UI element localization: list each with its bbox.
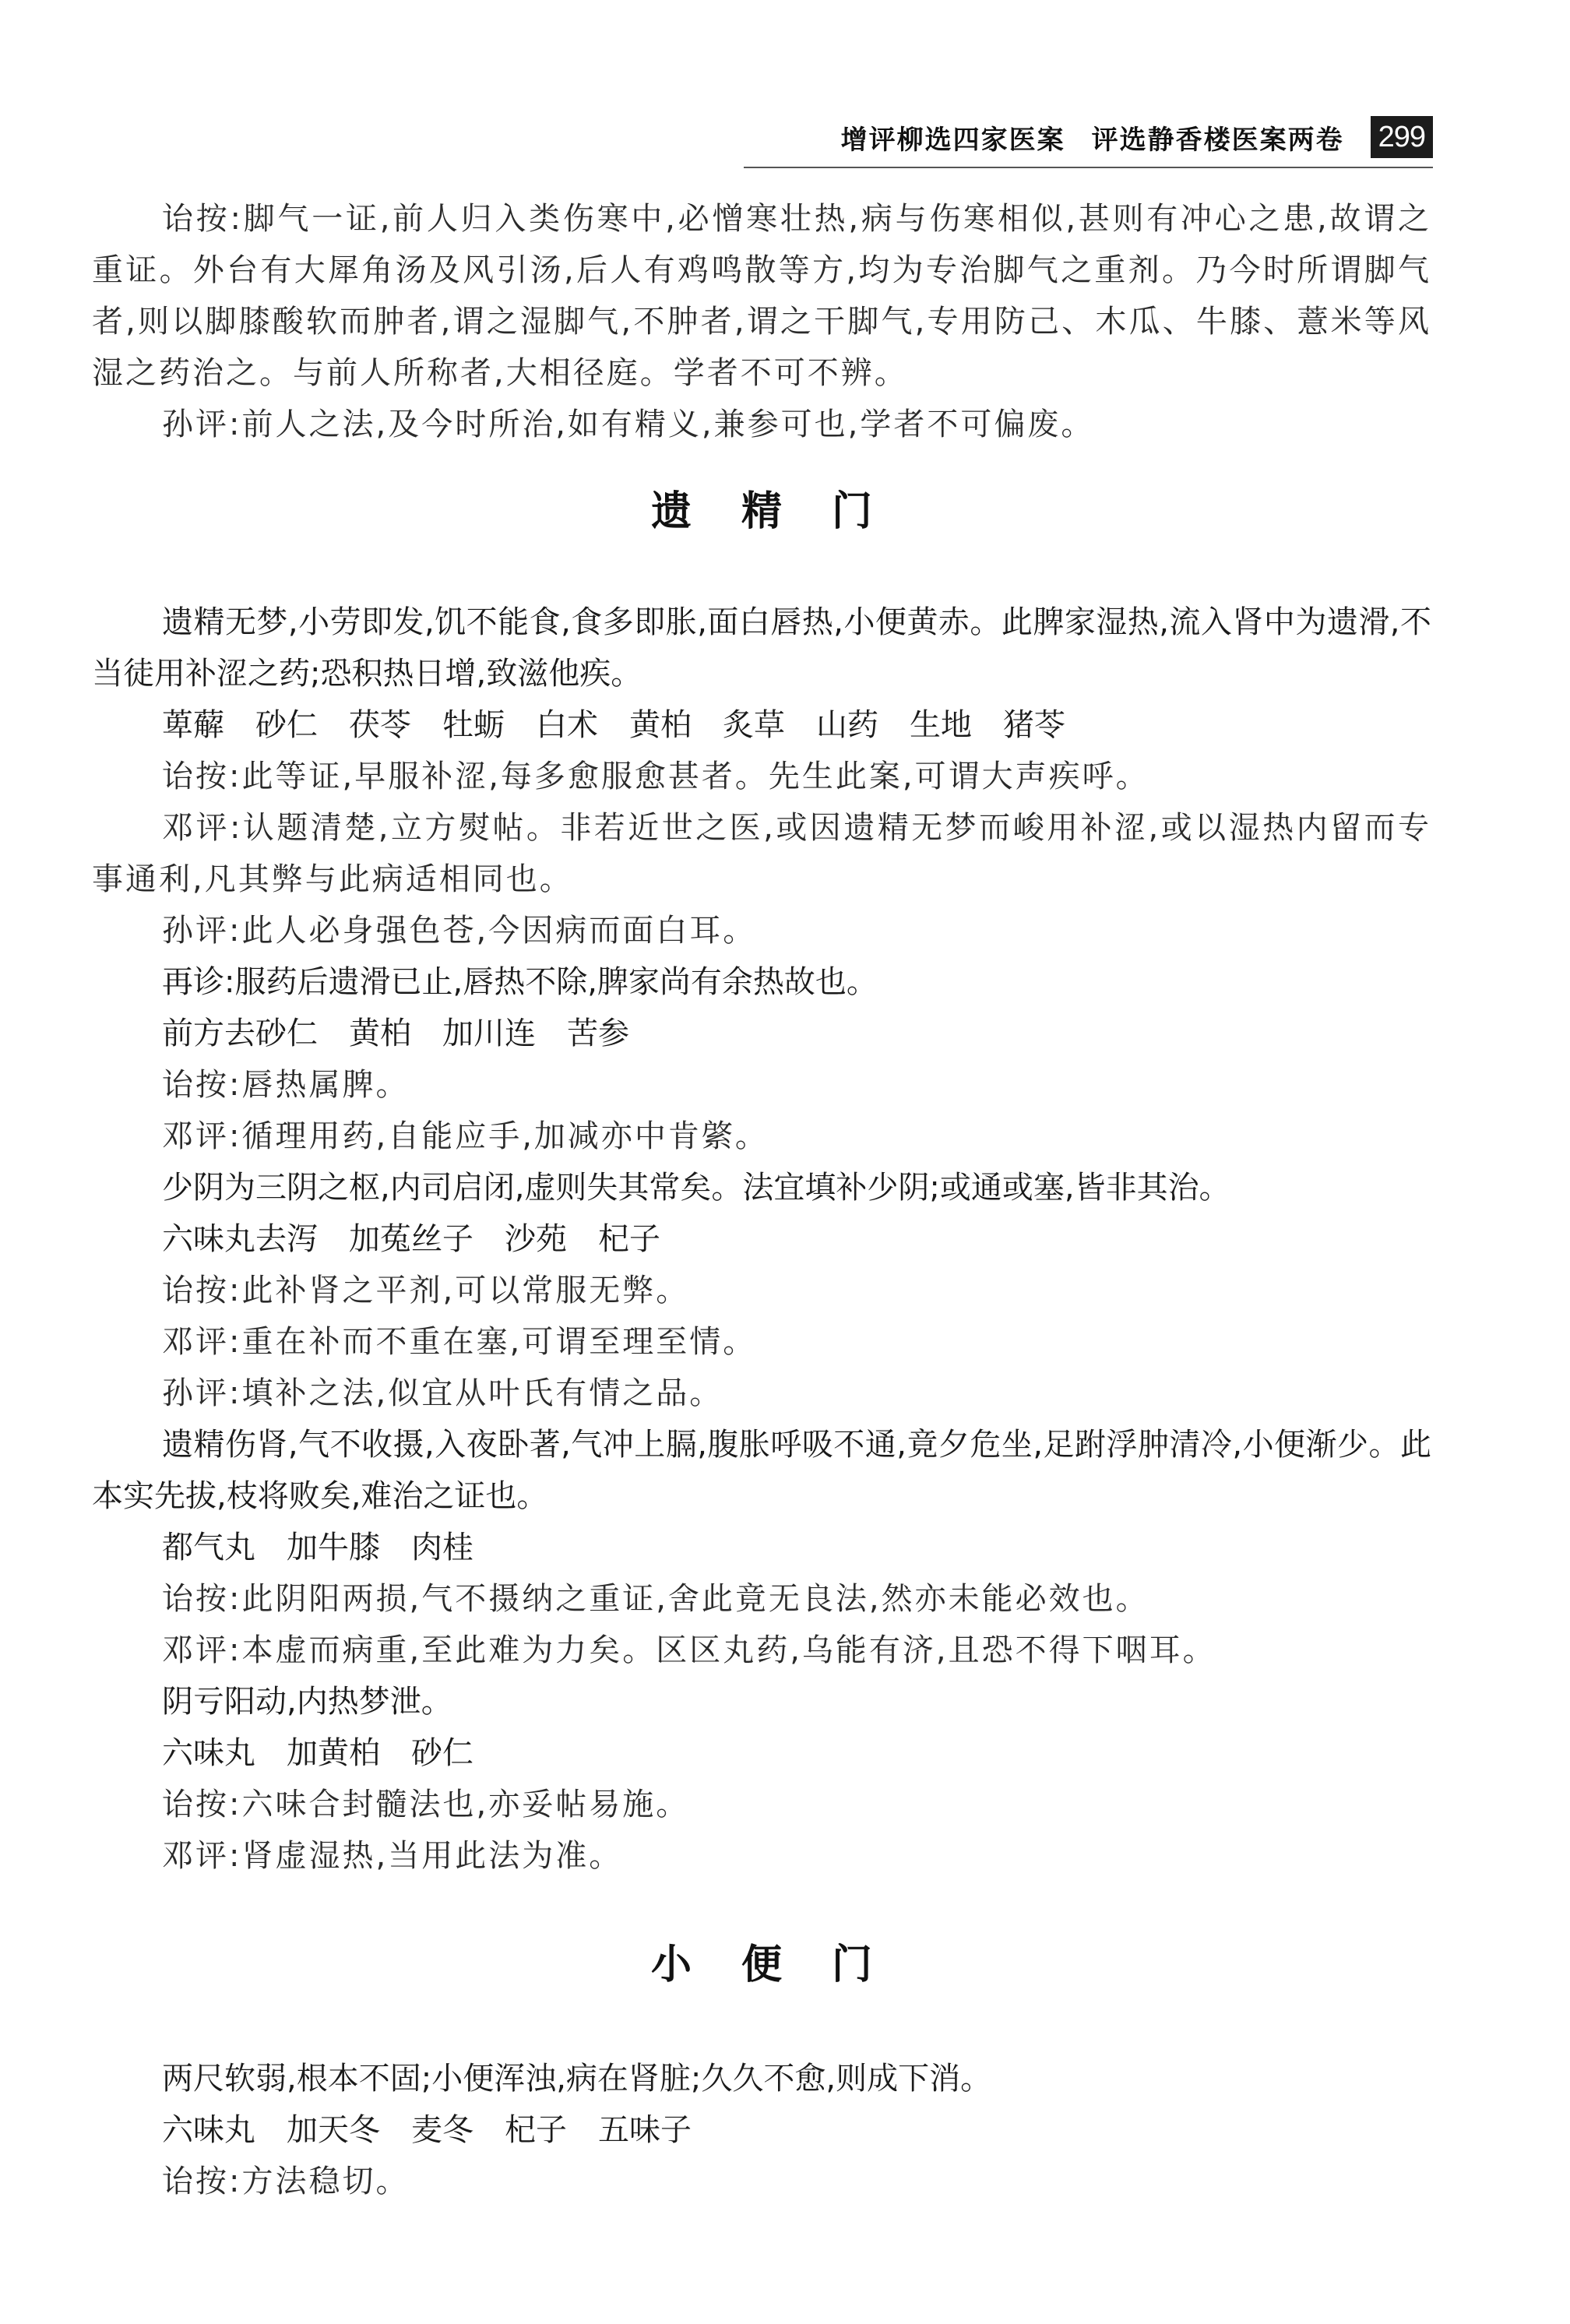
herb-item: 牡蛎 xyxy=(442,707,505,743)
herb-item: 苦参 xyxy=(567,1016,629,1051)
commentary-paragraph: 邓评:认题清楚,立方熨帖。非若近世之医,或因遗精无梦而峻用补涩,或以湿热内留而专… xyxy=(92,802,1431,905)
section-heading: 小便门 xyxy=(92,1938,1431,1992)
herb-item: 砂仁 xyxy=(411,1735,473,1771)
herb-item: 加黄柏 xyxy=(287,1735,380,1771)
herb-item: 加川连 xyxy=(442,1016,536,1051)
prescription-line: 都气丸加牛膝肉桂 xyxy=(92,1522,1431,1573)
volume-title: 评选静香楼医案两卷 xyxy=(1092,118,1344,157)
case-paragraph: 遗精无梦,小劳即发,饥不能食,食多即胀,面白唇热,小便黄赤。此脾家湿热,流入肾中… xyxy=(92,597,1431,699)
herb-item: 加菟丝子 xyxy=(349,1221,473,1257)
herb-item: 黄柏 xyxy=(629,707,692,743)
herb-item: 麦冬 xyxy=(411,2112,473,2148)
header-rule xyxy=(744,167,1433,168)
commentary-paragraph: 诒按:六味合封髓法也,亦妥帖易施。 xyxy=(92,1779,1431,1830)
herb-item: 炙草 xyxy=(723,707,785,743)
case-paragraph: 阴亏阳动,内热梦泄。 xyxy=(92,1676,1431,1727)
herb-item: 茯苓 xyxy=(349,707,411,743)
herb-item: 五味子 xyxy=(598,2112,692,2148)
page-body: 诒按:脚气一证,前人归入类伤寒中,必憎寒壮热,病与伤寒相似,甚则有冲心之患,故谓… xyxy=(92,193,1431,2207)
herb-item: 六味丸 xyxy=(162,1735,255,1771)
running-header: 增评柳选四家医案 评选静香楼医案两卷 299 xyxy=(732,115,1433,159)
section-heading: 遗精门 xyxy=(92,484,1431,539)
herb-item: 肉桂 xyxy=(411,1530,473,1565)
commentary-paragraph: 诒按:脚气一证,前人归入类伤寒中,必憎寒壮热,病与伤寒相似,甚则有冲心之患,故谓… xyxy=(92,193,1431,399)
commentary-paragraph: 邓评:肾虚湿热,当用此法为准。 xyxy=(92,1830,1431,1882)
commentary-paragraph: 邓评:重在补而不重在塞,可谓至理至情。 xyxy=(92,1316,1431,1368)
herb-item: 黄柏 xyxy=(349,1016,411,1051)
herb-item: 杞子 xyxy=(505,2112,567,2148)
herb-item: 萆薢 xyxy=(162,707,224,743)
book-title: 增评柳选四家医案 xyxy=(841,118,1065,157)
commentary-paragraph: 诒按:此阴阳两损,气不摄纳之重证,舍此竟无良法,然亦未能必效也。 xyxy=(92,1573,1431,1625)
herb-item: 猪苓 xyxy=(1003,707,1065,743)
prescription-line: 六味丸加天冬麦冬杞子五味子 xyxy=(92,2104,1431,2156)
case-paragraph: 两尺软弱,根本不固;小便浑浊,病在肾脏;久久不愈,则成下消。 xyxy=(92,2053,1431,2104)
commentary-paragraph: 孙评:填补之法,似宜从叶氏有情之品。 xyxy=(92,1368,1431,1419)
prescription-line: 萆薢砂仁茯苓牡蛎白术黄柏炙草山药生地猪苓 xyxy=(92,699,1431,751)
herb-item: 加天冬 xyxy=(287,2112,380,2148)
commentary-paragraph: 诒按:方法稳切。 xyxy=(92,2156,1431,2207)
prescription-line: 六味丸加黄柏砂仁 xyxy=(92,1727,1431,1779)
sections-container: 遗精门遗精无梦,小劳即发,饥不能食,食多即胀,面白唇热,小便黄赤。此脾家湿热,流… xyxy=(92,484,1431,2207)
commentary-paragraph: 诒按:此补肾之平剂,可以常服无弊。 xyxy=(92,1265,1431,1316)
herb-item: 杞子 xyxy=(598,1221,660,1257)
prescription-line: 前方去砂仁黄柏加川连苦参 xyxy=(92,1008,1431,1059)
commentary-paragraph: 孙评:此人必身强色苍,今因病而面白耳。 xyxy=(92,905,1431,956)
commentary-paragraph: 孙评:前人之法,及今时所治,如有精义,兼参可也,学者不可偏废。 xyxy=(92,399,1431,450)
case-paragraph: 再诊:服药后遗滑已止,唇热不除,脾家尚有余热故也。 xyxy=(92,956,1431,1008)
page-number-badge: 299 xyxy=(1371,116,1433,158)
commentary-paragraph: 邓评:本虚而病重,至此难为力矣。区区丸药,乌能有济,且恐不得下咽耳。 xyxy=(92,1625,1431,1676)
herb-item: 前方去砂仁 xyxy=(162,1016,318,1051)
herb-item: 都气丸 xyxy=(162,1530,255,1565)
herb-item: 加牛膝 xyxy=(287,1530,380,1565)
herb-item: 砂仁 xyxy=(255,707,318,743)
prescription-line: 六味丸去泻加菟丝子沙苑杞子 xyxy=(92,1213,1431,1265)
herb-item: 六味丸 xyxy=(162,2112,255,2148)
herb-item: 六味丸去泻 xyxy=(162,1221,318,1257)
commentary-paragraph: 邓评:循理用药,自能应手,加减亦中肯綮。 xyxy=(92,1111,1431,1162)
commentary-paragraph: 诒按:唇热属脾。 xyxy=(92,1059,1431,1111)
herb-item: 沙苑 xyxy=(505,1221,567,1257)
herb-item: 白术 xyxy=(536,707,598,743)
herb-item: 生地 xyxy=(910,707,972,743)
case-paragraph: 遗精伤肾,气不收摄,入夜卧著,气冲上膈,腹胀呼吸不通,竟夕危坐,足跗浮肿清冷,小… xyxy=(92,1419,1431,1522)
case-paragraph: 少阴为三阴之枢,内司启闭,虚则失其常矣。法宜填补少阴;或通或塞,皆非其治。 xyxy=(92,1162,1431,1213)
herb-item: 山药 xyxy=(816,707,878,743)
commentary-paragraph: 诒按:此等证,早服补涩,每多愈服愈甚者。先生此案,可谓大声疾呼。 xyxy=(92,751,1431,802)
